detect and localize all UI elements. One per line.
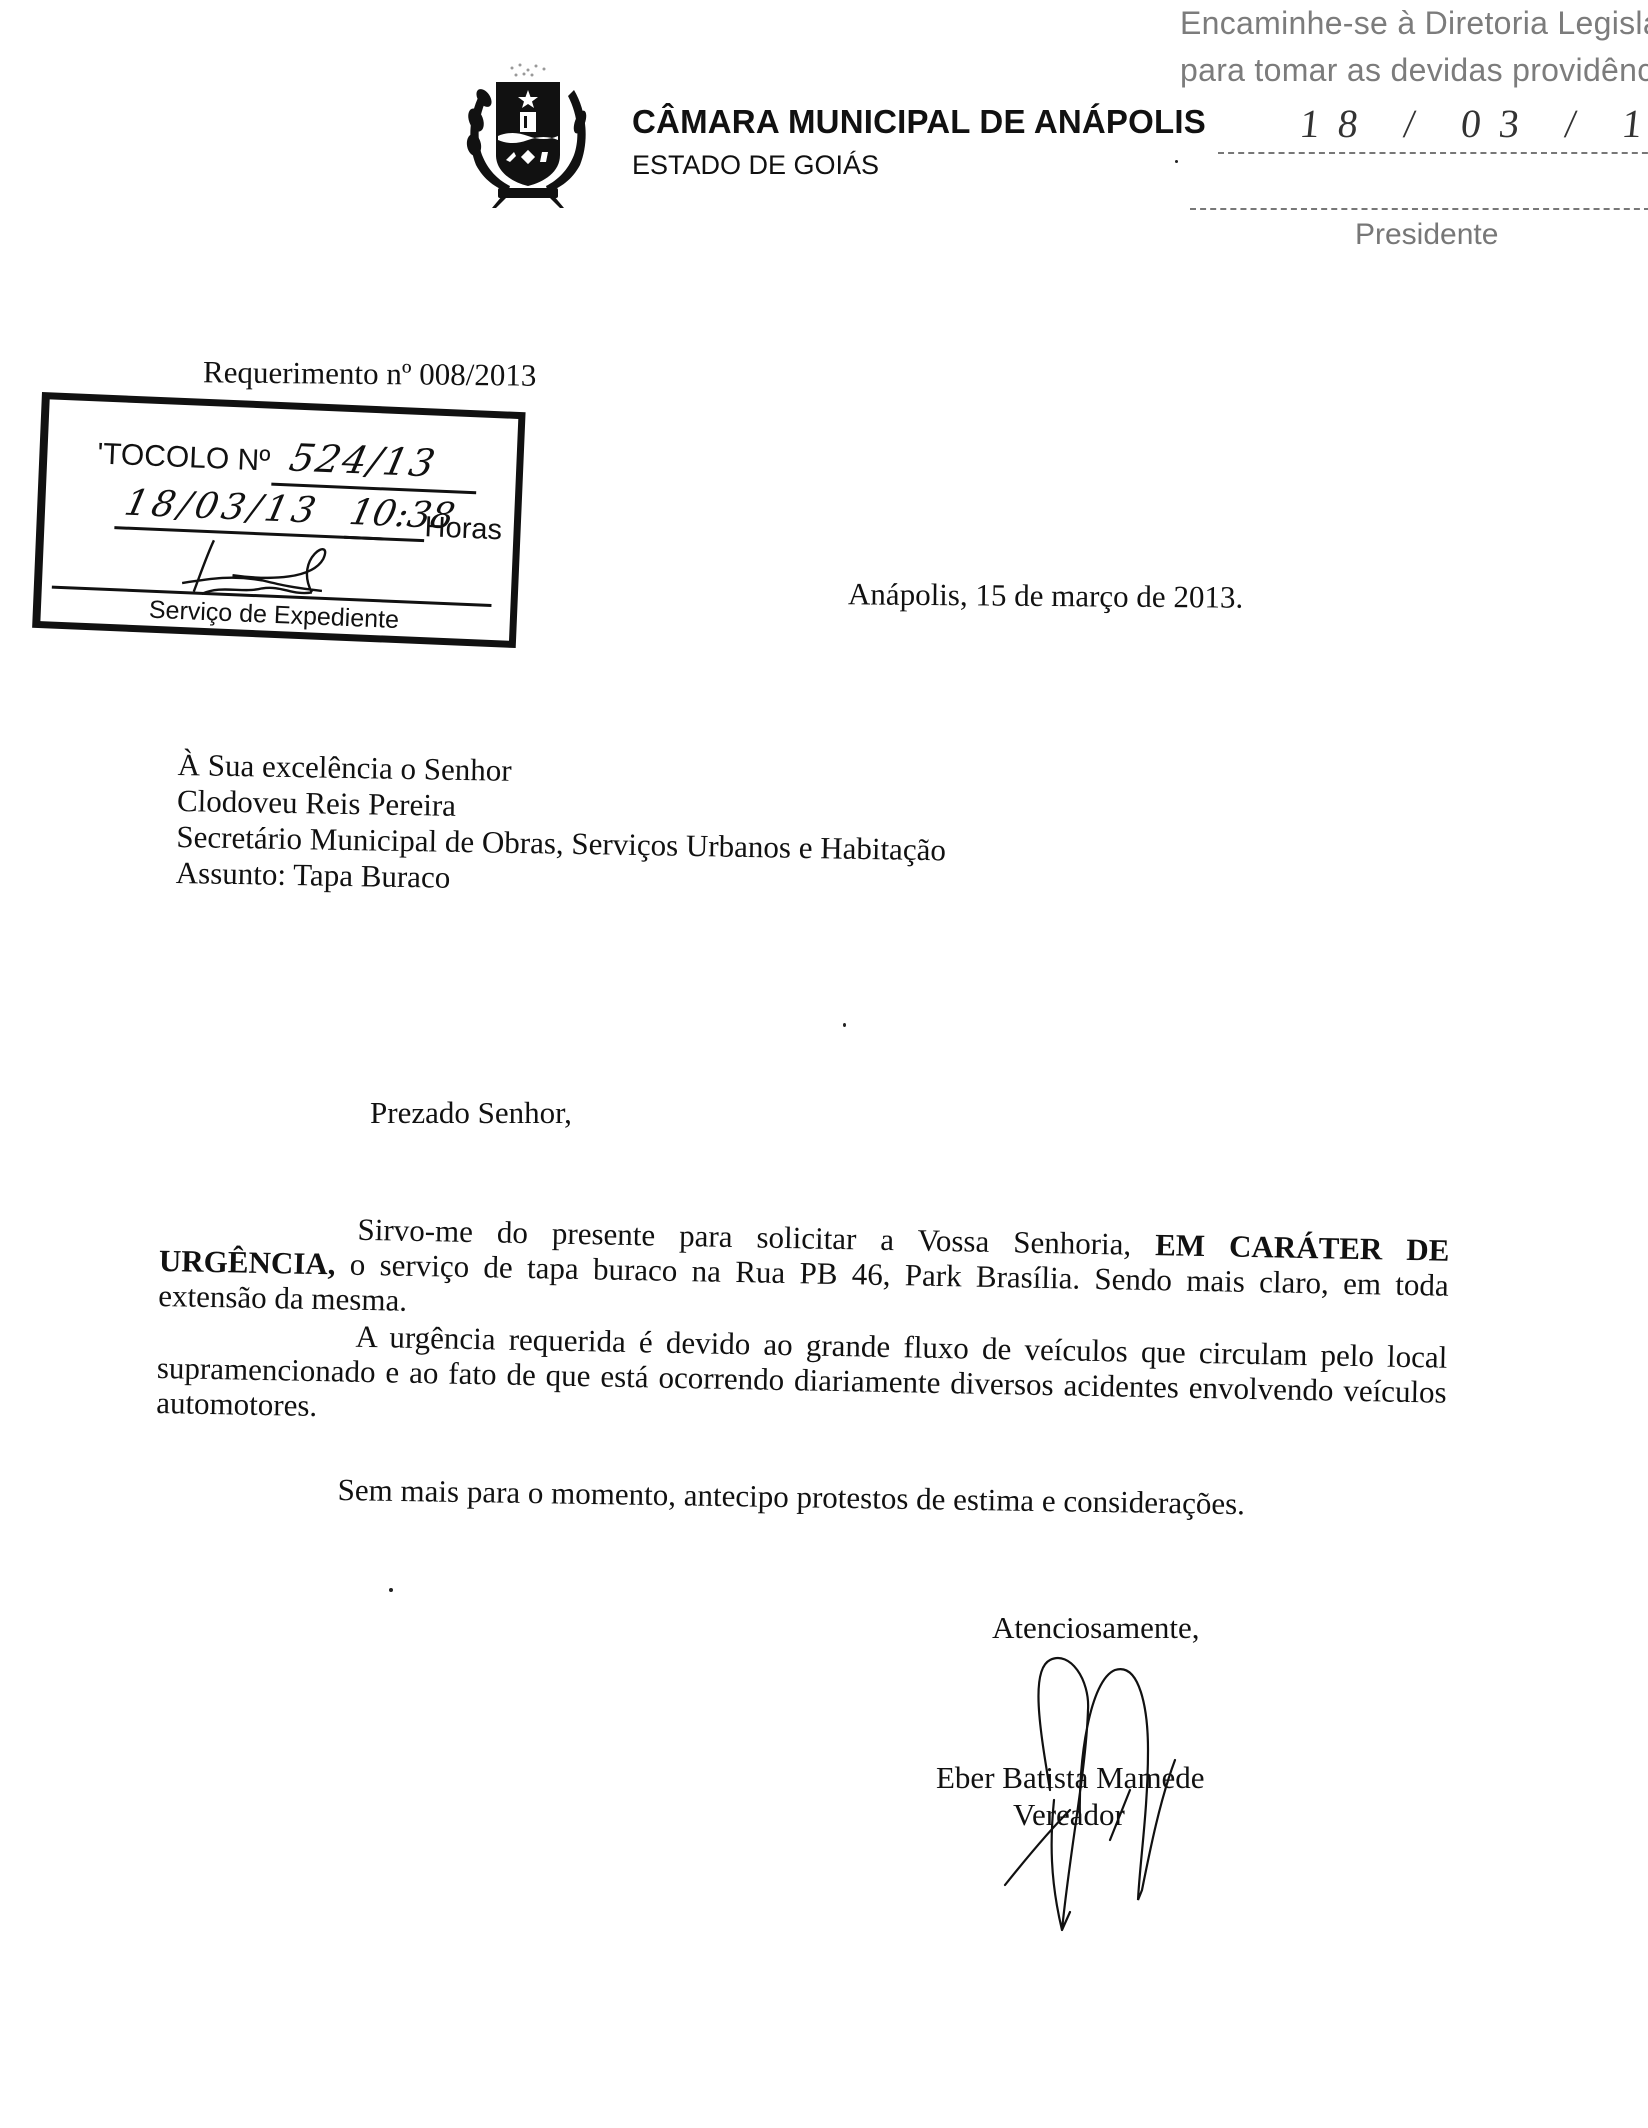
dispatch-stamp: Encaminhe-se à Diretoria Legisla para to… — [1180, 0, 1648, 260]
handwritten-signature-icon — [970, 1650, 1250, 1950]
addressee-block: À Sua excelência o Senhor Clodoveu Reis … — [175, 747, 947, 904]
scan-speck — [843, 1023, 846, 1027]
organization-title: CÂMARA MUNICIPAL DE ANÁPOLIS — [632, 103, 1206, 141]
regards: Atenciosamente, — [992, 1610, 1199, 1646]
dispatch-line-1: Encaminhe-se à Diretoria Legisla — [1180, 5, 1648, 42]
protocol-stamp: 'TOCOLO Nº 524/13 18/03/13 10:38 Horas S… — [32, 392, 525, 648]
letter-date: Anápolis, 15 de março de 2013. — [848, 576, 1243, 615]
scan-speck — [1175, 160, 1178, 163]
protocol-time-suffix: Horas — [424, 511, 503, 547]
protocol-number: 524/13 — [286, 436, 441, 486]
letter-body: Sirvo-me do presente para solicitar a Vo… — [156, 1208, 1450, 1445]
dispatch-role: Presidente — [1355, 218, 1498, 252]
protocol-label: 'TOCOLO Nº — [97, 437, 271, 478]
organization-state: ESTADO DE GOIÁS — [632, 150, 879, 181]
protocol-date: 18/03/13 — [121, 483, 323, 532]
scan-speck — [389, 1588, 393, 1592]
closing-sentence: Sem mais para o momento, antecipo protes… — [337, 1472, 1245, 1522]
dispatch-signature-line — [1190, 208, 1648, 210]
salutation: Prezado Senhor, — [370, 1095, 572, 1131]
municipal-coat-of-arms-icon — [462, 60, 594, 210]
dispatch-line-2: para tomar as devidas providênc — [1180, 52, 1648, 89]
body-paragraph-2: A urgência requerida é devido ao grande … — [156, 1315, 1448, 1445]
protocol-time-line — [344, 536, 424, 542]
dispatch-date: 18 / 03 / 13 — [1298, 100, 1648, 147]
requerimento-number: Requerimento nº 008/2013 — [203, 354, 537, 393]
